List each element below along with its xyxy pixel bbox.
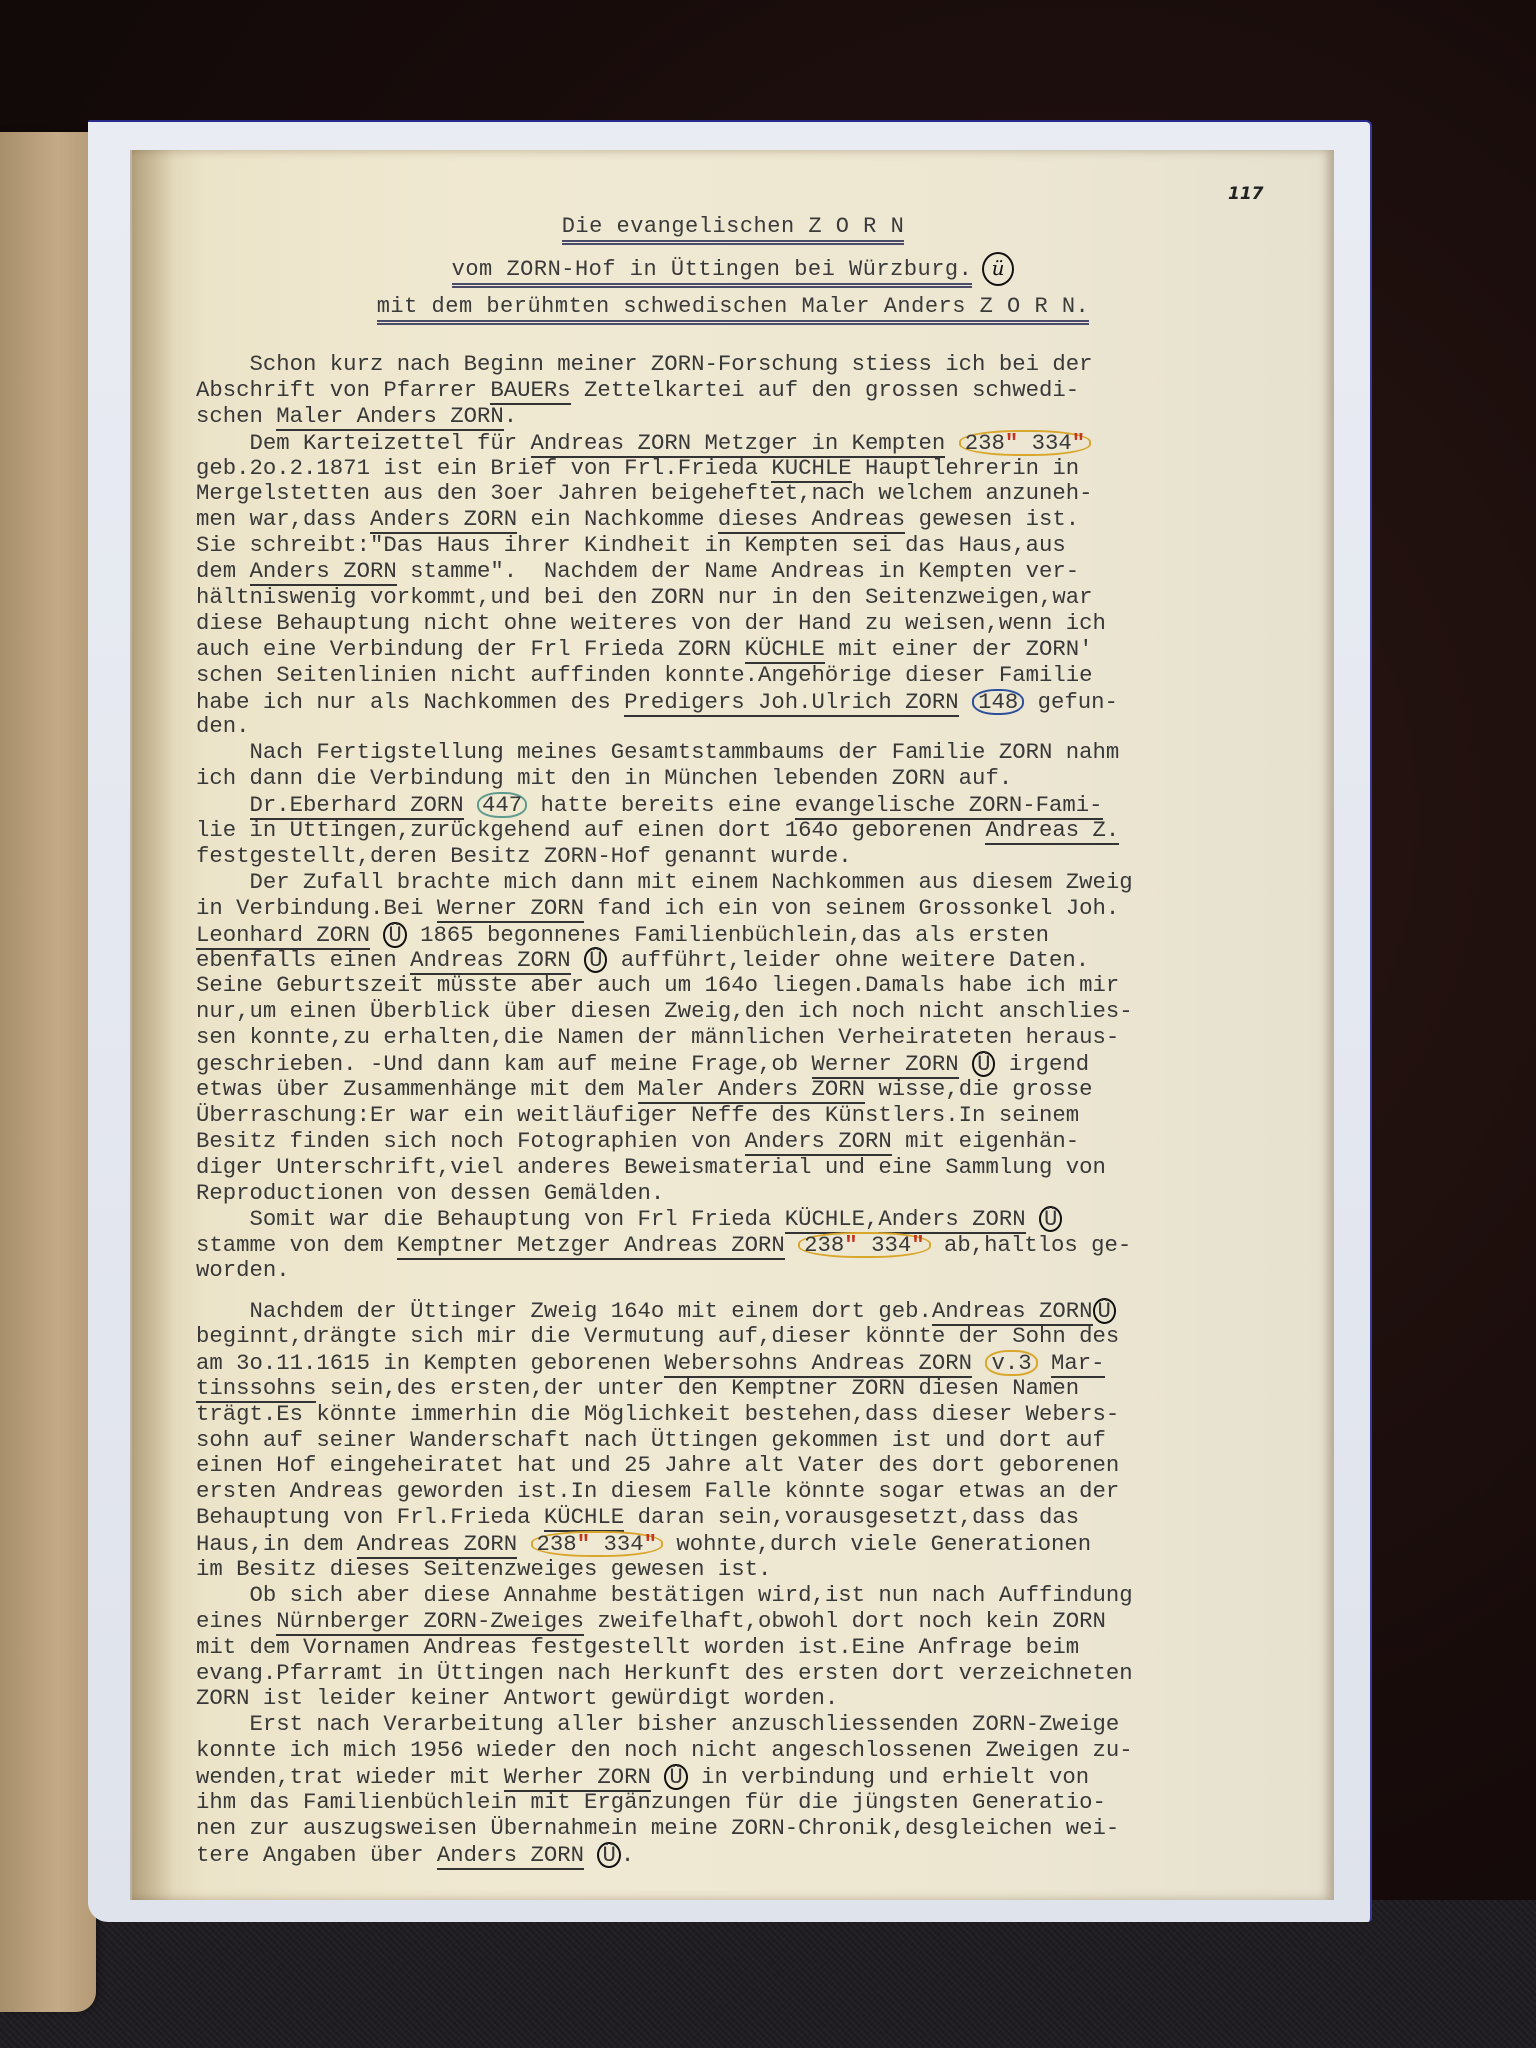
text-line: diger Unterschrift,viel anderes Beweisma… <box>196 1155 1316 1181</box>
text-line: ersten Andreas geworden ist.In diesem Fa… <box>196 1479 1316 1505</box>
text-line: schen Seitenlinien nicht auffinden konnt… <box>196 663 1316 689</box>
text-line: trägt.Es könnte immerhin die Möglichkeit… <box>196 1402 1316 1428</box>
circled-u-annotation: Ü <box>584 947 607 973</box>
title-line-2: vom ZORN-Hof in Üttingen bei Würzburg.ü <box>132 252 1334 286</box>
text-line: sen konnte,zu erhalten,die Namen der män… <box>196 1025 1316 1051</box>
text-line: geb.2o.2.1871 ist ein Brief von Frl.Frie… <box>196 456 1316 482</box>
text-line: worden. <box>196 1258 1316 1284</box>
text-line: Der Zufall brachte mich dann mit einem N… <box>196 870 1316 896</box>
text-line: Ob sich aber diese Annahme bestätigen wi… <box>196 1583 1316 1609</box>
text-line: beginnt,drängte sich mir die Vermutung a… <box>196 1324 1316 1350</box>
text-line: in Verbindung.Bei Werner ZORN fand ich e… <box>196 896 1316 922</box>
text-line: Haus,in dem Andreas ZORN 238" 334" wohnt… <box>196 1531 1316 1557</box>
circled-reference: 148 <box>972 689 1024 715</box>
left-book-page <box>0 132 96 2012</box>
circled-reference: v.3 <box>985 1350 1037 1376</box>
text-line: Nachdem der Üttinger Zweig 164o mit eine… <box>196 1298 1316 1324</box>
text-line: den. <box>196 714 1316 740</box>
text-line: tinssohns sein,des ersten,der unter den … <box>196 1376 1316 1402</box>
text-line: sohn auf seiner Wanderschaft nach Ütting… <box>196 1428 1316 1454</box>
text-line: am 3o.11.1615 in Kempten geborenen Weber… <box>196 1350 1316 1376</box>
body-text: Schon kurz nach Beginn meiner ZORN-Forsc… <box>196 352 1316 1868</box>
text-line: Abschrift von Pfarrer BAUERs Zettelkarte… <box>196 378 1316 404</box>
text-line: Dr.Eberhard ZORN 447 hatte bereits eine … <box>196 792 1316 818</box>
title-text-3: mit dem berühmten schwedischen Maler And… <box>377 294 1090 325</box>
text-line: im Besitz dieses Seitenzweiges gewesen i… <box>196 1557 1316 1583</box>
background-carpet <box>0 1900 1536 2048</box>
text-line: Behauptung von Frl.Frieda KÜCHLE daran s… <box>196 1505 1316 1531</box>
text-line: nur,um einen Überblick über diesen Zweig… <box>196 999 1316 1025</box>
text-line: Dem Karteizettel für Andreas ZORN Metzge… <box>196 430 1316 456</box>
circled-reference: 238" 334" <box>798 1232 930 1258</box>
text-line: Reproductionen von dessen Gemälden. <box>196 1181 1316 1207</box>
circled-u-annotation: Ü <box>1039 1206 1062 1232</box>
text-line: hältniswenig vorkommt,und bei den ZORN n… <box>196 585 1316 611</box>
text-line: wenden,trat wieder mit Werher ZORN Ü in … <box>196 1764 1316 1790</box>
text-line: Sie schreibt:"Das Haus ihrer Kindheit in… <box>196 533 1316 559</box>
title-line-1: Die evangelischen Z O R N <box>132 214 1334 239</box>
page-number: 117 <box>1228 184 1264 204</box>
text-line: men war,dass Anders ZORN ein Nachkomme d… <box>196 507 1316 533</box>
text-line: Schon kurz nach Beginn meiner ZORN-Forsc… <box>196 352 1316 378</box>
text-line: lie in Üttingen,zurückgehend auf einen d… <box>196 818 1316 844</box>
text-line: Erst nach Verarbeitung aller bisher anzu… <box>196 1712 1316 1738</box>
title-text-1: Die evangelischen Z O R N <box>562 214 905 245</box>
circled-u-annotation: Ü <box>1093 1298 1116 1324</box>
text-line: Seine Geburtszeit müsste aber auch um 16… <box>196 973 1316 999</box>
circled-reference: 238" 334" <box>531 1531 663 1557</box>
text-line: eines Nürnberger ZORN-Zweiges zweifelhaf… <box>196 1609 1316 1635</box>
title-text-2: vom ZORN-Hof in Üttingen bei Würzburg. <box>452 257 973 288</box>
text-line: Nach Fertigstellung meines Gesamtstammba… <box>196 740 1316 766</box>
text-line: stamme von dem Kemptner Metzger Andreas … <box>196 1232 1316 1258</box>
text-line: auch eine Verbindung der Frl Frieda ZORN… <box>196 637 1316 663</box>
text-line: schen Maler Anders ZORN. <box>196 404 1316 430</box>
text-line: dem Anders ZORN stamme". Nachdem der Nam… <box>196 559 1316 585</box>
text-line: ZORN ist leider keiner Antwort gewürdigt… <box>196 1686 1316 1712</box>
text-line: ich dann die Verbindung mit den in Münch… <box>196 766 1316 792</box>
text-line: ihm das Familienbüchlein mit Ergänzungen… <box>196 1790 1316 1816</box>
circled-u-annotation: Ü <box>597 1842 620 1868</box>
text-line: konnte ich mich 1956 wieder den noch nic… <box>196 1738 1316 1764</box>
circled-u-annotation: Ü <box>664 1764 687 1790</box>
circled-reference: 447 <box>477 792 527 818</box>
text-line: mit dem Vornamen Andreas festgestellt wo… <box>196 1635 1316 1661</box>
text-line: Leonhard ZORN Ü 1865 begonnenes Familien… <box>196 922 1316 948</box>
text-line: nen zur auszugsweisen Übernahmein meine … <box>196 1816 1316 1842</box>
text-line: tere Angaben über Anders ZORN Ü. <box>196 1842 1316 1868</box>
text-line: ebenfalls einen Andreas ZORN Ü aufführt,… <box>196 947 1316 973</box>
text-line: habe ich nur als Nachkommen des Prediger… <box>196 689 1316 715</box>
paragraph-gap <box>196 1284 1316 1298</box>
text-line: Überraschung:Er war ein weitläufiger Nef… <box>196 1103 1316 1129</box>
text-line: Somit war die Behauptung von Frl Frieda … <box>196 1206 1316 1232</box>
title-line-3: mit dem berühmten schwedischen Maler And… <box>132 294 1334 319</box>
text-line: Mergelstetten aus den 3oer Jahren beigeh… <box>196 481 1316 507</box>
text-line: geschrieben. -Und dann kam auf meine Fra… <box>196 1051 1316 1077</box>
circled-u-annotation: Ü <box>383 922 406 948</box>
text-line: evang.Pfarramt in Üttingen nach Herkunft… <box>196 1661 1316 1687</box>
text-line: diese Behauptung nicht ohne weiteres von… <box>196 611 1316 637</box>
circled-u-annotation: Ü <box>972 1051 995 1077</box>
circled-reference: 238" 334" <box>959 430 1091 456</box>
text-line: einen Hof eingeheiratet hat und 25 Jahre… <box>196 1453 1316 1479</box>
circled-u-annotation: ü <box>982 252 1014 286</box>
spine-shadow <box>130 150 174 1900</box>
text-line: festgestellt,deren Besitz ZORN-Hof genan… <box>196 844 1316 870</box>
text-line: Besitz finden sich noch Fotographien von… <box>196 1129 1316 1155</box>
text-line: etwas über Zusammenhänge mit dem Maler A… <box>196 1077 1316 1103</box>
